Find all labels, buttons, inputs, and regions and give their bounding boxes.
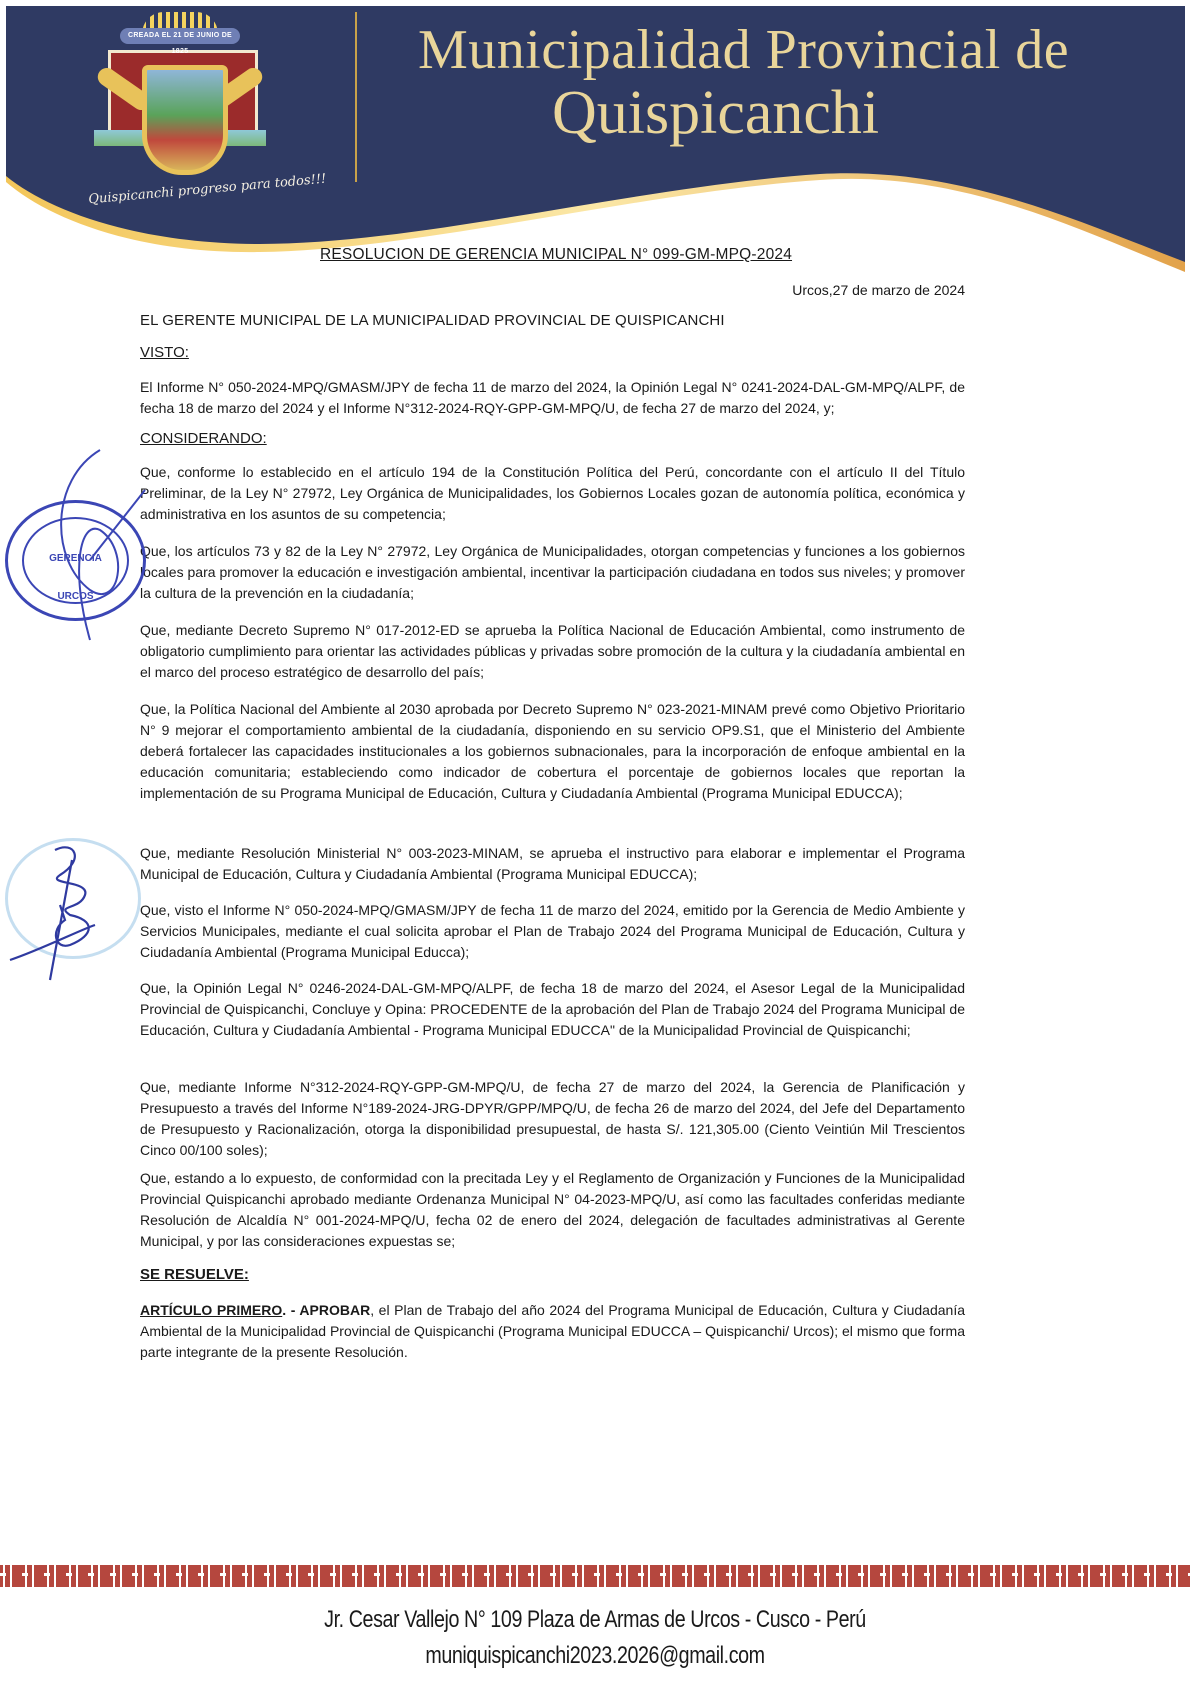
- institution-name-line2: Quispicanchi: [552, 78, 879, 149]
- considerando-paragraph: Que, mediante Resolución Ministerial N° …: [140, 843, 965, 885]
- considerando-paragraph: Que, mediante Decreto Supremo N° 017-201…: [140, 620, 965, 683]
- issuer-line: EL GERENTE MUNICIPAL DE LA MUNICIPALIDAD…: [140, 312, 725, 329]
- municipal-crest-logo: CREADA EL 21 DE JUNIO DE 1825: [80, 10, 280, 180]
- considerando-paragraph: Que, conforme lo establecido en el artíc…: [140, 462, 965, 525]
- resolution-date: Urcos,27 de marzo de 2024: [792, 282, 965, 298]
- considerando-paragraph: Que, la Política Nacional del Ambiente a…: [140, 699, 965, 804]
- crest-shield: [142, 65, 228, 175]
- signature-stroke-seal: [30, 440, 150, 660]
- resolution-title: RESOLUCION DE GERENCIA MUNICIPAL N° 099-…: [320, 246, 792, 264]
- footer-address: Jr. Cesar Vallejo N° 109 Plaza de Armas …: [107, 1606, 1083, 1634]
- crest-ribbon: CREADA EL 21 DE JUNIO DE 1825: [120, 28, 240, 44]
- considerando-heading: CONSIDERANDO:: [140, 430, 267, 447]
- considerando-paragraph: Que, los artículos 73 y 82 de la Ley N° …: [140, 541, 965, 604]
- institution-name-line1: Municipalidad Provincial de: [418, 18, 1069, 82]
- footer-email: muniquispicanchi2023.2026@gmail.com: [107, 1642, 1083, 1670]
- header-divider: [355, 12, 357, 182]
- signature-icon: [0, 820, 150, 1000]
- resuelve-heading: SE RESUELVE:: [140, 1266, 249, 1283]
- considerando-paragraph: Que, estando a lo expuesto, de conformid…: [140, 1168, 965, 1252]
- articulo-primero-verb: . - APROBAR: [282, 1302, 370, 1318]
- visto-heading: VISTO:: [140, 344, 189, 361]
- articulo-primero: ARTÍCULO PRIMERO. - APROBAR, el Plan de …: [140, 1300, 965, 1363]
- visto-paragraph: El Informe N° 050-2024-MPQ/GMASM/JPY de …: [140, 377, 965, 419]
- considerando-paragraph: Que, mediante Informe N°312-2024-RQY-GPP…: [140, 1077, 965, 1161]
- articulo-primero-heading: ARTÍCULO PRIMERO: [140, 1302, 282, 1318]
- considerando-paragraph: Que, la Opinión Legal N° 0246-2024-DAL-G…: [140, 978, 965, 1041]
- letterhead-banner: CREADA EL 21 DE JUNIO DE 1825 Quispicanc…: [0, 0, 1190, 280]
- decorative-greek-border: [0, 1565, 1190, 1587]
- considerando-paragraph: Que, visto el Informe N° 050-2024-MPQ/GM…: [140, 900, 965, 963]
